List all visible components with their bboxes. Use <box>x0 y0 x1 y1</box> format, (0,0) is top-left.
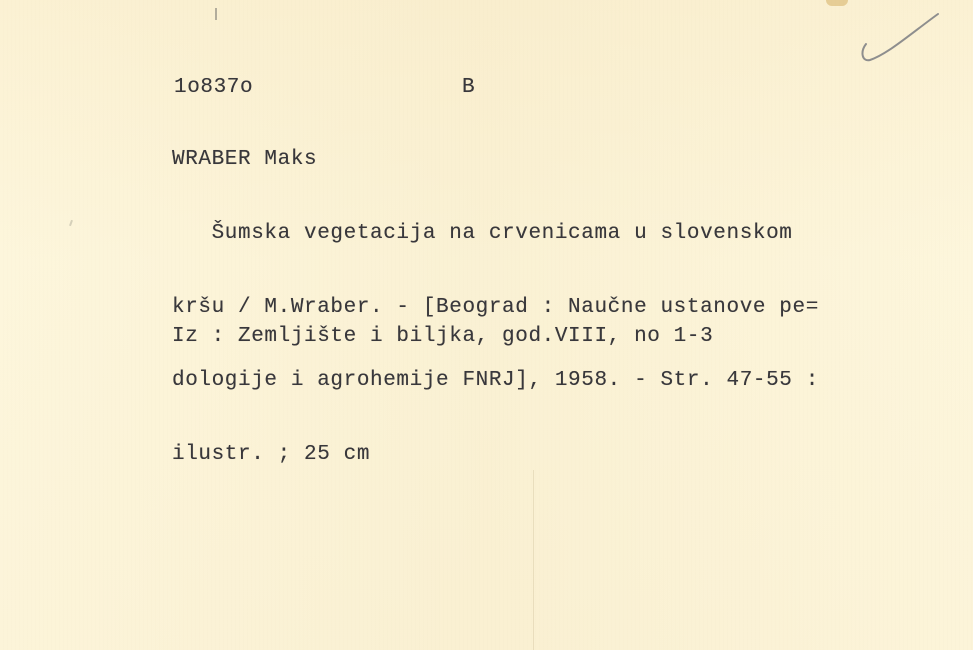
description-line: dologije i agrohemije FNRJ], 1958. - Str… <box>172 369 819 394</box>
description-line: ilustr. ; 25 cm <box>172 443 819 468</box>
paper-speck <box>215 8 217 20</box>
paper-speck <box>69 220 73 226</box>
location-code: B <box>462 76 475 100</box>
description-line: kršu / M.Wraber. - [Beograd : Naučne ust… <box>172 296 819 321</box>
accession-number: 1o837o <box>174 76 253 100</box>
description-line: Šumska vegetacija na crvenicama u sloven… <box>172 222 819 247</box>
checkmark-icon <box>858 8 948 68</box>
source-note: Iz : Zemljište i biljka, god.VIII, no 1-… <box>172 325 713 349</box>
paper-stain <box>826 0 848 6</box>
author-heading: WRABER Maks <box>172 148 317 172</box>
catalog-card: 1o837o B WRABER Maks Šumska vegetacija n… <box>0 0 973 650</box>
